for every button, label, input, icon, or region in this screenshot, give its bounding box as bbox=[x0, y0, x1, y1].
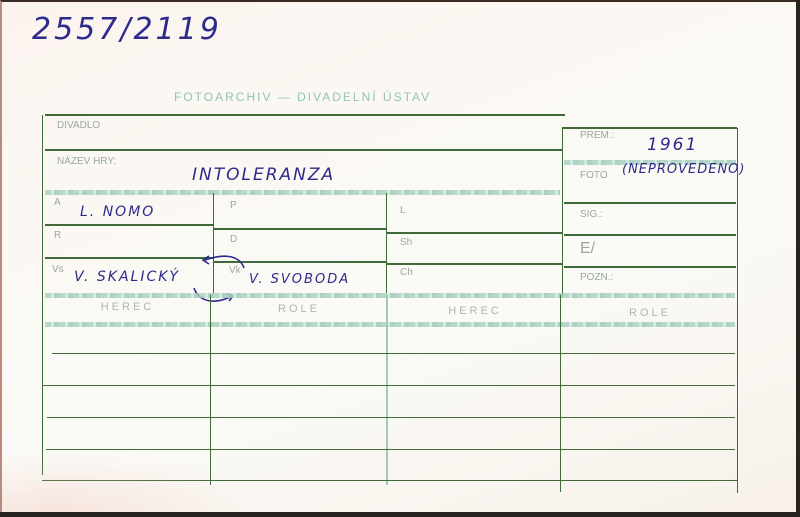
label-ch: Ch bbox=[400, 267, 413, 278]
grid-band bbox=[45, 293, 735, 298]
col-header-herec-2: HEREC bbox=[389, 305, 561, 317]
grid-line bbox=[563, 127, 737, 129]
label-pozn: POZN.: bbox=[580, 272, 613, 283]
foto-note: (NEPROVEDENO) bbox=[622, 162, 745, 177]
grid-line bbox=[564, 234, 736, 236]
label-e: E/ bbox=[580, 240, 595, 258]
credit-vk-value: V. SVOBODA bbox=[249, 272, 350, 287]
grid-band bbox=[45, 190, 560, 195]
label-a: A bbox=[54, 197, 61, 208]
label-prem: PREM.: bbox=[580, 130, 614, 141]
col-header-herec-1: HEREC bbox=[45, 301, 210, 313]
grid-line bbox=[387, 263, 562, 265]
label-divadlo: DIVADLO bbox=[57, 120, 100, 131]
label-sig: SIG.: bbox=[580, 209, 603, 220]
grid-line bbox=[387, 232, 562, 234]
grid-line bbox=[737, 128, 738, 493]
stamp-header: FOTOARCHIV — DIVADELNÍ ÚSTAV bbox=[174, 90, 431, 104]
label-sh: Sh bbox=[400, 237, 412, 248]
grid-line bbox=[214, 228, 386, 230]
col-header-role-2: ROLE bbox=[564, 307, 736, 319]
table-row-line bbox=[42, 385, 735, 386]
grid-line bbox=[210, 295, 211, 485]
label-r: R bbox=[54, 230, 61, 241]
grid-line bbox=[562, 127, 563, 297]
grid-line bbox=[560, 295, 561, 492]
table-row-line bbox=[46, 449, 735, 450]
label-foto: FOTO bbox=[580, 170, 608, 181]
catalog-number: 2557/2119 bbox=[32, 12, 222, 47]
label-d: D bbox=[230, 234, 237, 245]
premiere-year: 1961 bbox=[647, 135, 698, 155]
label-l: L bbox=[400, 205, 406, 216]
grid-line bbox=[386, 295, 388, 485]
table-row-line bbox=[52, 353, 735, 354]
label-p: P bbox=[230, 200, 237, 211]
grid-band bbox=[45, 322, 735, 327]
table-row-line bbox=[42, 480, 737, 481]
grid-line bbox=[45, 224, 213, 226]
label-vs: Vs bbox=[52, 264, 64, 275]
col-header-role-1: ROLE bbox=[212, 303, 386, 315]
label-nazev-hry: NÁZEV HRY: bbox=[57, 156, 116, 167]
archive-card: 2557/2119 FOTOARCHIV — DIVADELNÍ ÚSTAV D… bbox=[0, 0, 796, 512]
grid-line bbox=[564, 266, 736, 268]
grid-line bbox=[564, 202, 736, 204]
grid-line bbox=[45, 149, 563, 151]
grid-line bbox=[42, 115, 43, 475]
grid-line bbox=[45, 114, 565, 116]
grid-line bbox=[386, 193, 387, 293]
credit-a-value: L. NOMO bbox=[80, 204, 155, 220]
table-row-line bbox=[47, 417, 735, 418]
play-title: INTOLERANZA bbox=[192, 165, 335, 185]
credit-vs-value: V. SKALICKÝ bbox=[74, 269, 180, 285]
swap-arrows-icon bbox=[187, 250, 257, 308]
